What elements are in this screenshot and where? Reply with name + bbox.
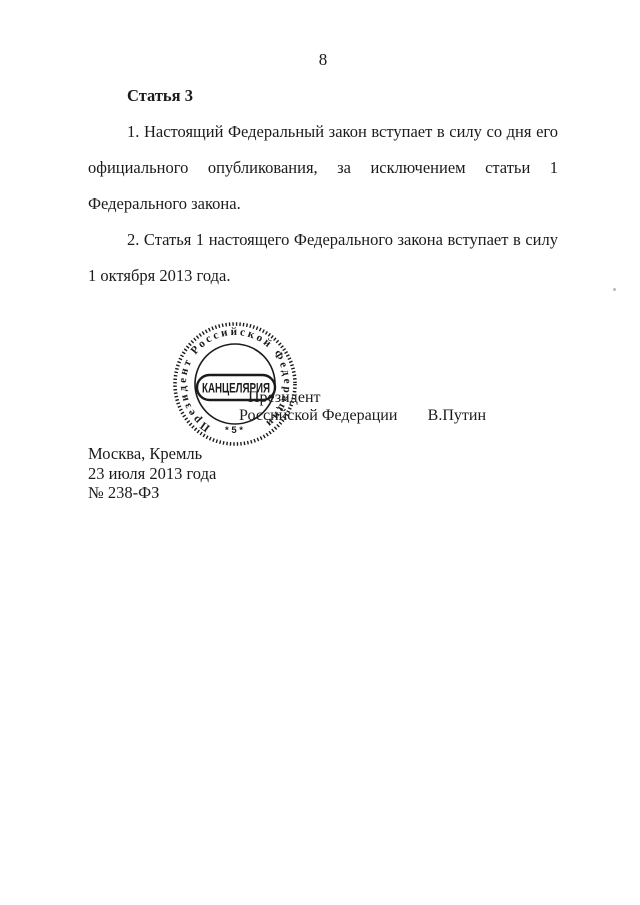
official-stamp-icon: Президент Российской Федерации * 5 * КАН… bbox=[167, 316, 303, 452]
stamp-bottom-mark: * 5 * bbox=[225, 425, 243, 436]
scan-artifact-speck bbox=[613, 288, 616, 291]
footer-city: Москва, Кремль bbox=[88, 444, 216, 464]
paragraph1-line3: Федерального закона. bbox=[88, 186, 558, 222]
paragraph2-line1: 2. Статья 1 настоящего Федерального зако… bbox=[127, 222, 558, 258]
article-body: Статья 3 1. Настоящий Федеральный закон … bbox=[88, 78, 558, 294]
paragraph2-line2: 1 октября 2013 года. bbox=[88, 258, 558, 294]
article-heading: Статья 3 bbox=[127, 78, 558, 114]
footer-doc-number: № 238-ФЗ bbox=[88, 483, 216, 503]
paragraph1-line2: официального опубликования, за исключени… bbox=[88, 150, 558, 186]
signature-name: В.Путин bbox=[428, 407, 486, 425]
page-number: 8 bbox=[0, 50, 640, 70]
document-page: 8 Статья 3 1. Настоящий Федеральный зако… bbox=[0, 0, 640, 905]
footer-block: Москва, Кремль 23 июля 2013 года № 238-Ф… bbox=[88, 444, 216, 503]
paragraph1-line1: 1. Настоящий Федеральный закон вступает … bbox=[127, 114, 558, 150]
stamp-center-label: КАНЦЕЛЯРИЯ bbox=[202, 380, 270, 396]
footer-date: 23 июля 2013 года bbox=[88, 464, 216, 484]
